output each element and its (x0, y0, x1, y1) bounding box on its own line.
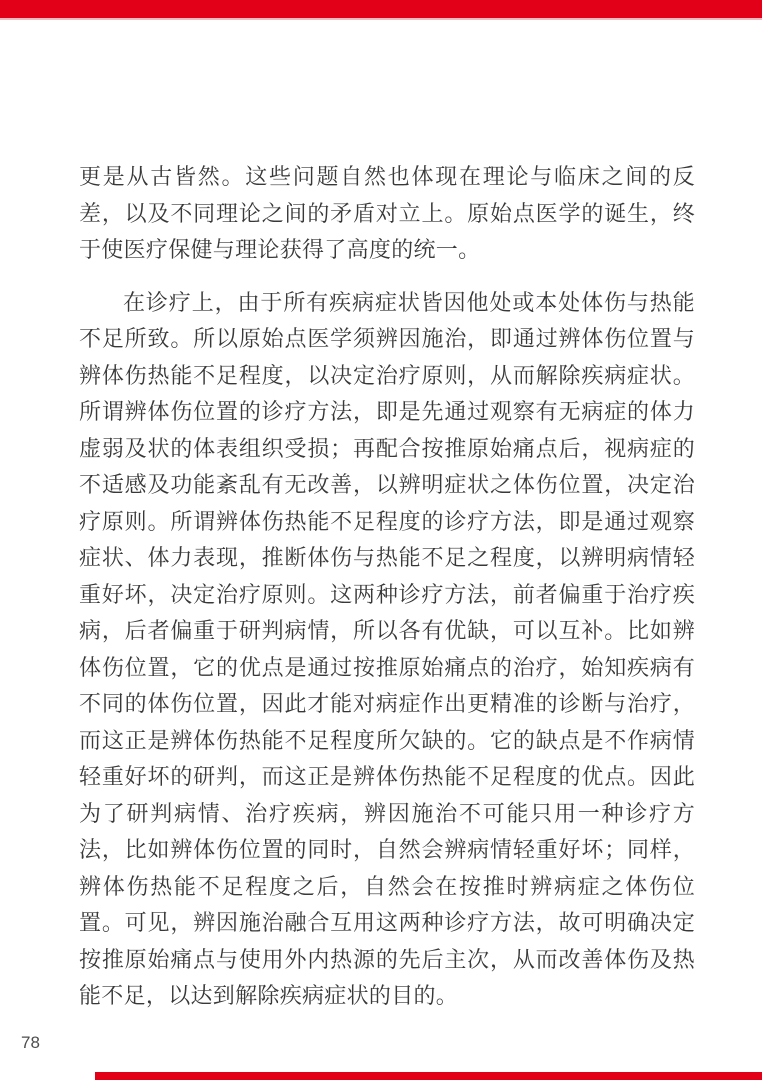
paragraph: 更是从古皆然。这些问题自然也体现在理论与临床之间的反差，以及不同理论之间的矛盾对… (79, 159, 695, 269)
top-red-bar (0, 0, 762, 20)
page-body-text: 更是从古皆然。这些问题自然也体现在理论与临床之间的反差，以及不同理论之间的矛盾对… (79, 159, 695, 1015)
paragraph: 在诊疗上，由于所有疾病症状皆因他处或本处体伤与热能不足所致。所以原始点医学须辨因… (79, 285, 695, 1015)
page-number: 78 (21, 1033, 40, 1053)
bottom-red-bar (95, 1072, 762, 1080)
book-page: 更是从古皆然。这些问题自然也体现在理论与临床之间的反差，以及不同理论之间的矛盾对… (0, 0, 762, 1080)
